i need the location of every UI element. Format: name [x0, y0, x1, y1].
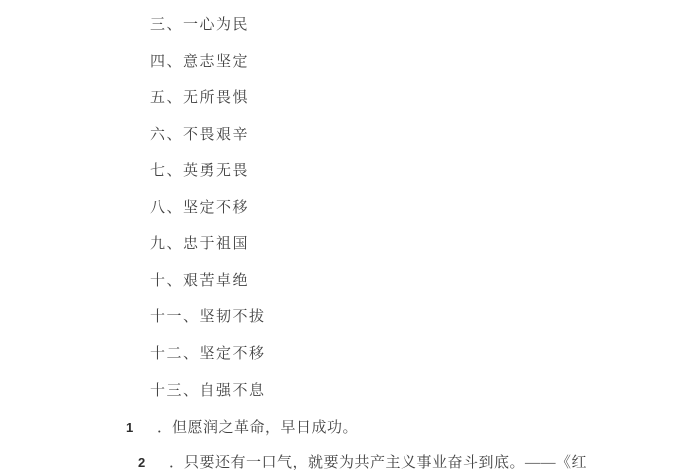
outline-item: 十、艰苦卓绝 — [150, 271, 249, 292]
outline-item: 十二、坚定不移 — [150, 344, 266, 365]
quote-item: 1．但愿润之革命，早日成功。 — [126, 417, 358, 438]
quote-item: 2．只要还有一口气，就要为共产主义事业奋斗到底。——《红 — [138, 452, 587, 470]
outline-item: 十一、坚韧不拔 — [150, 307, 266, 328]
outline-item: 四、意志坚定 — [150, 52, 249, 73]
quote-number: 1 — [126, 417, 136, 438]
quote-number: 2 — [138, 452, 148, 470]
quote-separator: ． — [169, 455, 184, 470]
quote-text: 只要还有一口气，就要为共产主义事业奋斗到底。——《红 — [184, 455, 587, 470]
outline-item: 七、英勇无畏 — [150, 161, 249, 182]
outline-item: 三、一心为民 — [150, 15, 249, 36]
quote-separator: ． — [157, 420, 172, 436]
outline-item: 五、无所畏惧 — [150, 88, 249, 109]
outline-item: 六、不畏艰辛 — [150, 125, 249, 146]
outline-item: 十三、自强不息 — [150, 381, 266, 402]
outline-item: 八、坚定不移 — [150, 198, 249, 219]
document-page: 三、一心为民 四、意志坚定 五、无所畏惧 六、不畏艰辛 七、英勇无畏 八、坚定不… — [0, 0, 700, 470]
quote-text: 但愿润之革命，早日成功。 — [172, 420, 358, 436]
outline-item: 九、忠于祖国 — [150, 234, 249, 255]
